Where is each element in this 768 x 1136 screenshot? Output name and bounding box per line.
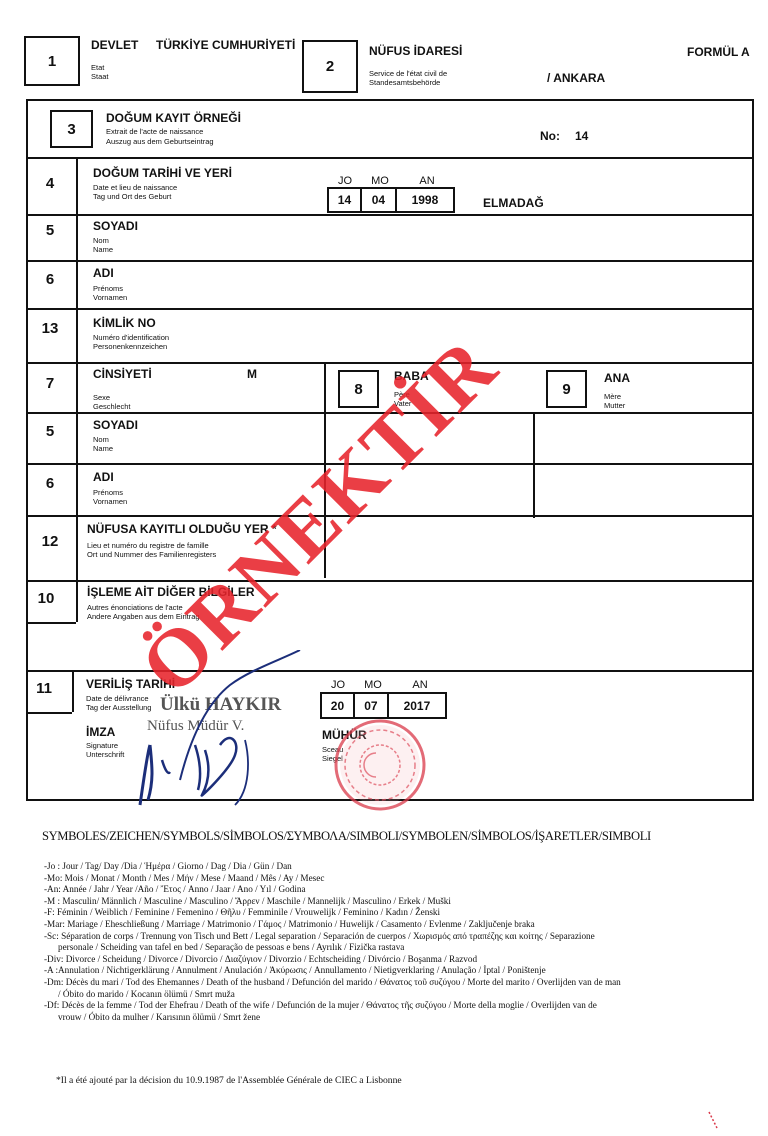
section13-num: 13 [20,320,80,337]
parents-adi-title: ADI [93,470,114,484]
header-an: AN [398,175,456,187]
birth-date-headers: JO MO AN [328,175,456,187]
legend-line: -Df: Décès de la femme / Tod der Ehefrau… [44,1000,621,1012]
section12-fr: Lieu et numéro du registre de famille [87,541,209,550]
section3-de: Auszug aus dem Geburtseintrag [106,137,214,146]
section4-de: Tag und Ort des Geburt [93,192,171,201]
devlet-de: Staat [91,72,109,81]
issue-day: 20 [322,694,355,717]
section5-de: Name [93,245,113,254]
birth-date: 14 04 1998 [327,187,455,213]
header-mo: MO [355,679,391,691]
birth-day: 14 [329,189,362,211]
number-column-divider-10 [76,580,78,622]
divider [26,308,754,310]
parents-soyadi-de: Name [93,444,113,453]
box-number-1: 1 [24,36,80,86]
divider [26,712,72,714]
birth-place: ELMADAĞ [483,196,544,210]
section7-fr: Sexe [93,393,110,402]
section5-num: 5 [20,222,80,239]
divider [26,622,76,624]
legend-line: -M : Masculin/ Männlich / Masculine / Ma… [44,896,621,908]
issue-year: 2017 [389,694,445,717]
parents-soyadi-title: SOYADI [93,418,138,432]
divider [26,157,754,159]
state-name: TÜRKİYE CUMHURİYETİ [156,38,295,52]
section4-fr: Date et lieu de naissance [93,183,177,192]
legend-line: -Mar: Mariage / Eheschließung / Marriage… [44,919,621,931]
sex-value: M [247,367,257,381]
header-jo: JO [321,679,355,691]
section3-title: DOĞUM KAYIT ÖRNEĞİ [106,111,241,125]
nufus-label: NÜFUS İDARESİ [369,44,462,58]
form-label: FORMÜL A [687,45,750,59]
box-number-text: 3 [67,121,75,138]
section12-de: Ort und Nummer des Familienregisters [87,550,216,559]
record-no-label: No: [540,129,560,143]
box-number-9: 9 [546,370,587,408]
legend-line: -Jo : Jour / Tag/ Day /Dia / Ἡμέρα / Gio… [44,861,621,873]
official-seal-icon [330,715,430,815]
box-number-text: 2 [326,58,334,75]
divider [26,214,754,216]
legend-line: -A :Annulation / Nichtigerklärung / Annu… [44,965,621,977]
legend-line: -An: Année / Jahr / Year /Año / Ἔτος / A… [44,884,621,896]
parents-soyadi-fr: Nom [93,435,109,444]
symbols-title: SYMBOLES/ZEICHEN/SYMBOLS/SİMBOLOS/ΣΥΜΒΟΛ… [42,829,651,844]
section4-title: DOĞUM TARİHİ VE YERİ [93,166,232,180]
section5-title: SOYADI [93,219,138,233]
legend-line: personale / Scheiding van tafel en bed /… [44,942,621,954]
divider [26,580,754,582]
section10-num: 10 [16,590,76,607]
devlet-label: DEVLET [91,38,138,52]
section13-fr: Numéro d'identification [93,333,169,342]
mother-column-divider [533,412,535,518]
section7-num: 7 [20,375,80,392]
footnote: *Il a été ajouté par la décision du 10.9… [56,1075,402,1086]
section6-fr: Prénoms [93,284,123,293]
legend-line: -Sc: Séparation de corps / Trennung von … [44,931,621,943]
record-no-value: 14 [575,129,588,143]
legend-line: -Mo: Mois / Monat / Month / Mes / Μήν / … [44,873,621,885]
section12-num: 12 [20,533,80,550]
section13-title: KİMLİK NO [93,316,156,330]
nufus-fr: Service de l'état civil de [369,69,447,78]
office-name: / ANKARA [547,71,605,85]
birth-month: 04 [362,189,397,211]
parents-adi-num: 6 [20,475,80,492]
legend-line: / Óbito do marido / Kocanın ölümü / Smrt… [44,989,621,1001]
header-mo: MO [362,175,398,187]
section6-num: 6 [20,271,80,288]
stamp-edge-mark-icon [705,1110,725,1136]
section7-de: Geschlecht [93,402,131,411]
box-number-text: 8 [354,381,362,398]
issue-date-headers: JO MO AN [321,679,449,691]
parents-soyadi-num: 5 [20,423,80,440]
parents-adi-fr: Prénoms [93,488,123,497]
issue-month: 07 [355,694,389,717]
box-number-text: 9 [562,381,570,398]
section6-title: ADI [93,266,114,280]
birth-year: 1998 [397,189,453,211]
mother-title: ANA [604,371,630,385]
section5-fr: Nom [93,236,109,245]
box-number-2: 2 [302,40,358,93]
section4-num: 4 [20,175,80,192]
nufus-de: Standesamtsbehörde [369,78,440,87]
header-jo: JO [328,175,362,187]
section13-de: Personenkennzeichen [93,342,167,351]
divider [26,515,754,517]
parents-adi-de: Vornamen [93,497,127,506]
box-number-text: 1 [48,53,56,70]
legend-line: vrouw / Óbito da mulher / Karısının ölüm… [44,1012,621,1024]
section7-title: CİNSİYETİ [93,367,152,381]
divider [26,362,754,364]
section3-fr: Extrait de l'acte de naissance [106,127,203,136]
legend-line: -Dm: Décès du mari / Tod des Ehemannes /… [44,977,621,989]
divider [26,260,754,262]
box-number-3: 3 [50,110,93,148]
section11-num: 11 [14,680,74,697]
legend-line: -F: Féminin / Weiblich / Feminine / Feme… [44,907,621,919]
section6-de: Vornamen [93,293,127,302]
header-an: AN [391,679,449,691]
devlet-fr: Etat [91,63,104,72]
mother-fr: Mère [604,392,621,401]
legend-line: -Div: Divorce / Scheidung / Divorce / Di… [44,954,621,966]
symbols-legend: -Jo : Jour / Tag/ Day /Dia / Ἡμέρα / Gio… [44,861,621,1023]
mother-de: Mutter [604,401,625,410]
